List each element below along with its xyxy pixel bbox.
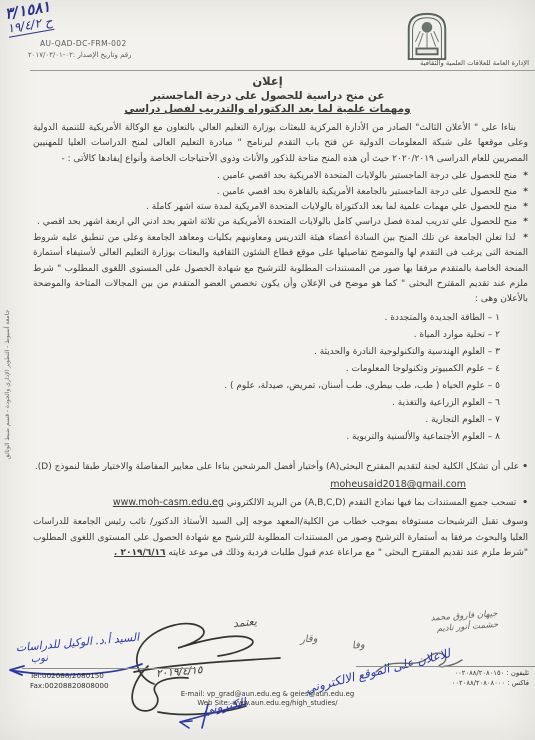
- title-block: إعلان عن منح دراسية للحصول على درجة الما…: [0, 74, 535, 116]
- field-item: ٦ – العلوم الزراعية والتغذية .: [33, 395, 500, 412]
- field-item: ٤ – علوم الكمبيوتر وتكنولوجا المعلومات .: [33, 361, 500, 378]
- field-item: ١ – الطاقة الجديدة والمتجددة .: [33, 310, 500, 327]
- scanned-announcement-page: ٣/١٥٨١ ح ١٩/٤/٢ AU-QAD-DC-FRM-002 رقم وت…: [0, 0, 535, 740]
- page-title: إعلان: [0, 74, 535, 88]
- footer-divider-right: [356, 666, 535, 667]
- grant-type-item: منح للحصول علي تدريب لمدة فصل دراسي كامل…: [33, 215, 528, 230]
- issue-number-date: رقم وتاريخ الإصدار :٠٢-٢٠١٧/٠٣/٠١: [28, 51, 131, 59]
- subtitle-2: ومهمات علمية لما بعد الدكتوراه والتدريب …: [0, 103, 535, 115]
- footer-website: Web Site: www.aun.edu.eg/high_studies/: [0, 699, 535, 708]
- grant-type-item: منح للحصول علي مهمات علمية لما بعد الدكت…: [33, 200, 528, 215]
- margin-control-text: جامعة أسيوط - التطوير الإداري والجودة - …: [4, 282, 11, 487]
- closing-paragraph: وسوف تقبل الترشيحات مستوفاه بموجب خطاب م…: [33, 515, 528, 561]
- department-name: الإدارة العامة للعلاقات العلمية والثقافي…: [420, 59, 529, 67]
- footer-email: E-mail: vp_grad@aun.edu.eg & geies@aun.e…: [0, 690, 535, 699]
- download-url: www.moh-casm.edu.eg: [113, 497, 224, 508]
- grant-type-item: منح للحصول على درجة الماجستير بالجامعة ا…: [33, 185, 528, 200]
- university-logo-icon: [405, 11, 449, 61]
- handwritten-receipt-note: ٣/١٥٨١ ح ١٩/٤/٢: [4, 0, 55, 37]
- footer-divider-left: [22, 668, 194, 669]
- form-code: AU-QAD-DC-FRM-002: [40, 39, 127, 48]
- contact-email: moheusaid2018@gmail.com: [33, 477, 528, 492]
- grant-type-item: منح للحصول على درجة الماجستير بالولايات …: [33, 169, 528, 184]
- footer-contact: E-mail: vp_grad@aun.edu.eg & geies@aun.e…: [0, 690, 535, 708]
- footer-phone-en: Tel:002088/2080150 Fax:00208820808000: [30, 671, 109, 690]
- field-item: ٨ – العلوم الأجتماعية والألسنية والتربوي…: [33, 429, 500, 446]
- reviewer-names: جيهان فاروق محمد حشمت أنور ناديم: [379, 609, 498, 639]
- field-item: ٢ – تحلية موارد المياة .: [33, 327, 500, 344]
- footer-phone-ar: تليفون : ٠٠٢٠٨٨/٢٠٨٠١٥٠ فاكس : ٠٠٢٠٨٨/٢٠…: [452, 669, 529, 688]
- document-body: بناءا على " الأعلان الثالث" الصادر من ال…: [33, 121, 528, 563]
- handwritten-word: وفا: [351, 639, 365, 651]
- committee-note: على أن تشكل الكلية لجنة لتقديم المقترح ا…: [33, 460, 528, 475]
- handwritten-word: وقار: [300, 633, 318, 645]
- deadline-date: ٢٠١٩/٦/١٦ .: [114, 548, 166, 558]
- subtitle-1: عن منح دراسية للحصول على درجة الماجستير: [0, 90, 535, 102]
- header-divider: [30, 70, 535, 71]
- intro-paragraph: بناءا على " الأعلان الثالث" الصادر من ال…: [33, 121, 528, 167]
- field-item: ٣ – العلوم الهندسية والتكنولوجية النادرة…: [33, 344, 500, 361]
- announcement-paragraph: لذا تعلن الجامعة عن تلك المنح بين السادة…: [33, 231, 528, 308]
- field-item: ٥ – علوم الحياه ( طب، طب بيطري، طب أسنان…: [33, 378, 500, 395]
- field-item: ٧ – العلوم التجارية .: [33, 412, 500, 429]
- fields-list: ١ – الطاقة الجديدة والمتجددة . ٢ – تحلية…: [33, 310, 528, 446]
- download-note: تسحب جميع المستندات بما فيها نماذج التقد…: [33, 495, 528, 511]
